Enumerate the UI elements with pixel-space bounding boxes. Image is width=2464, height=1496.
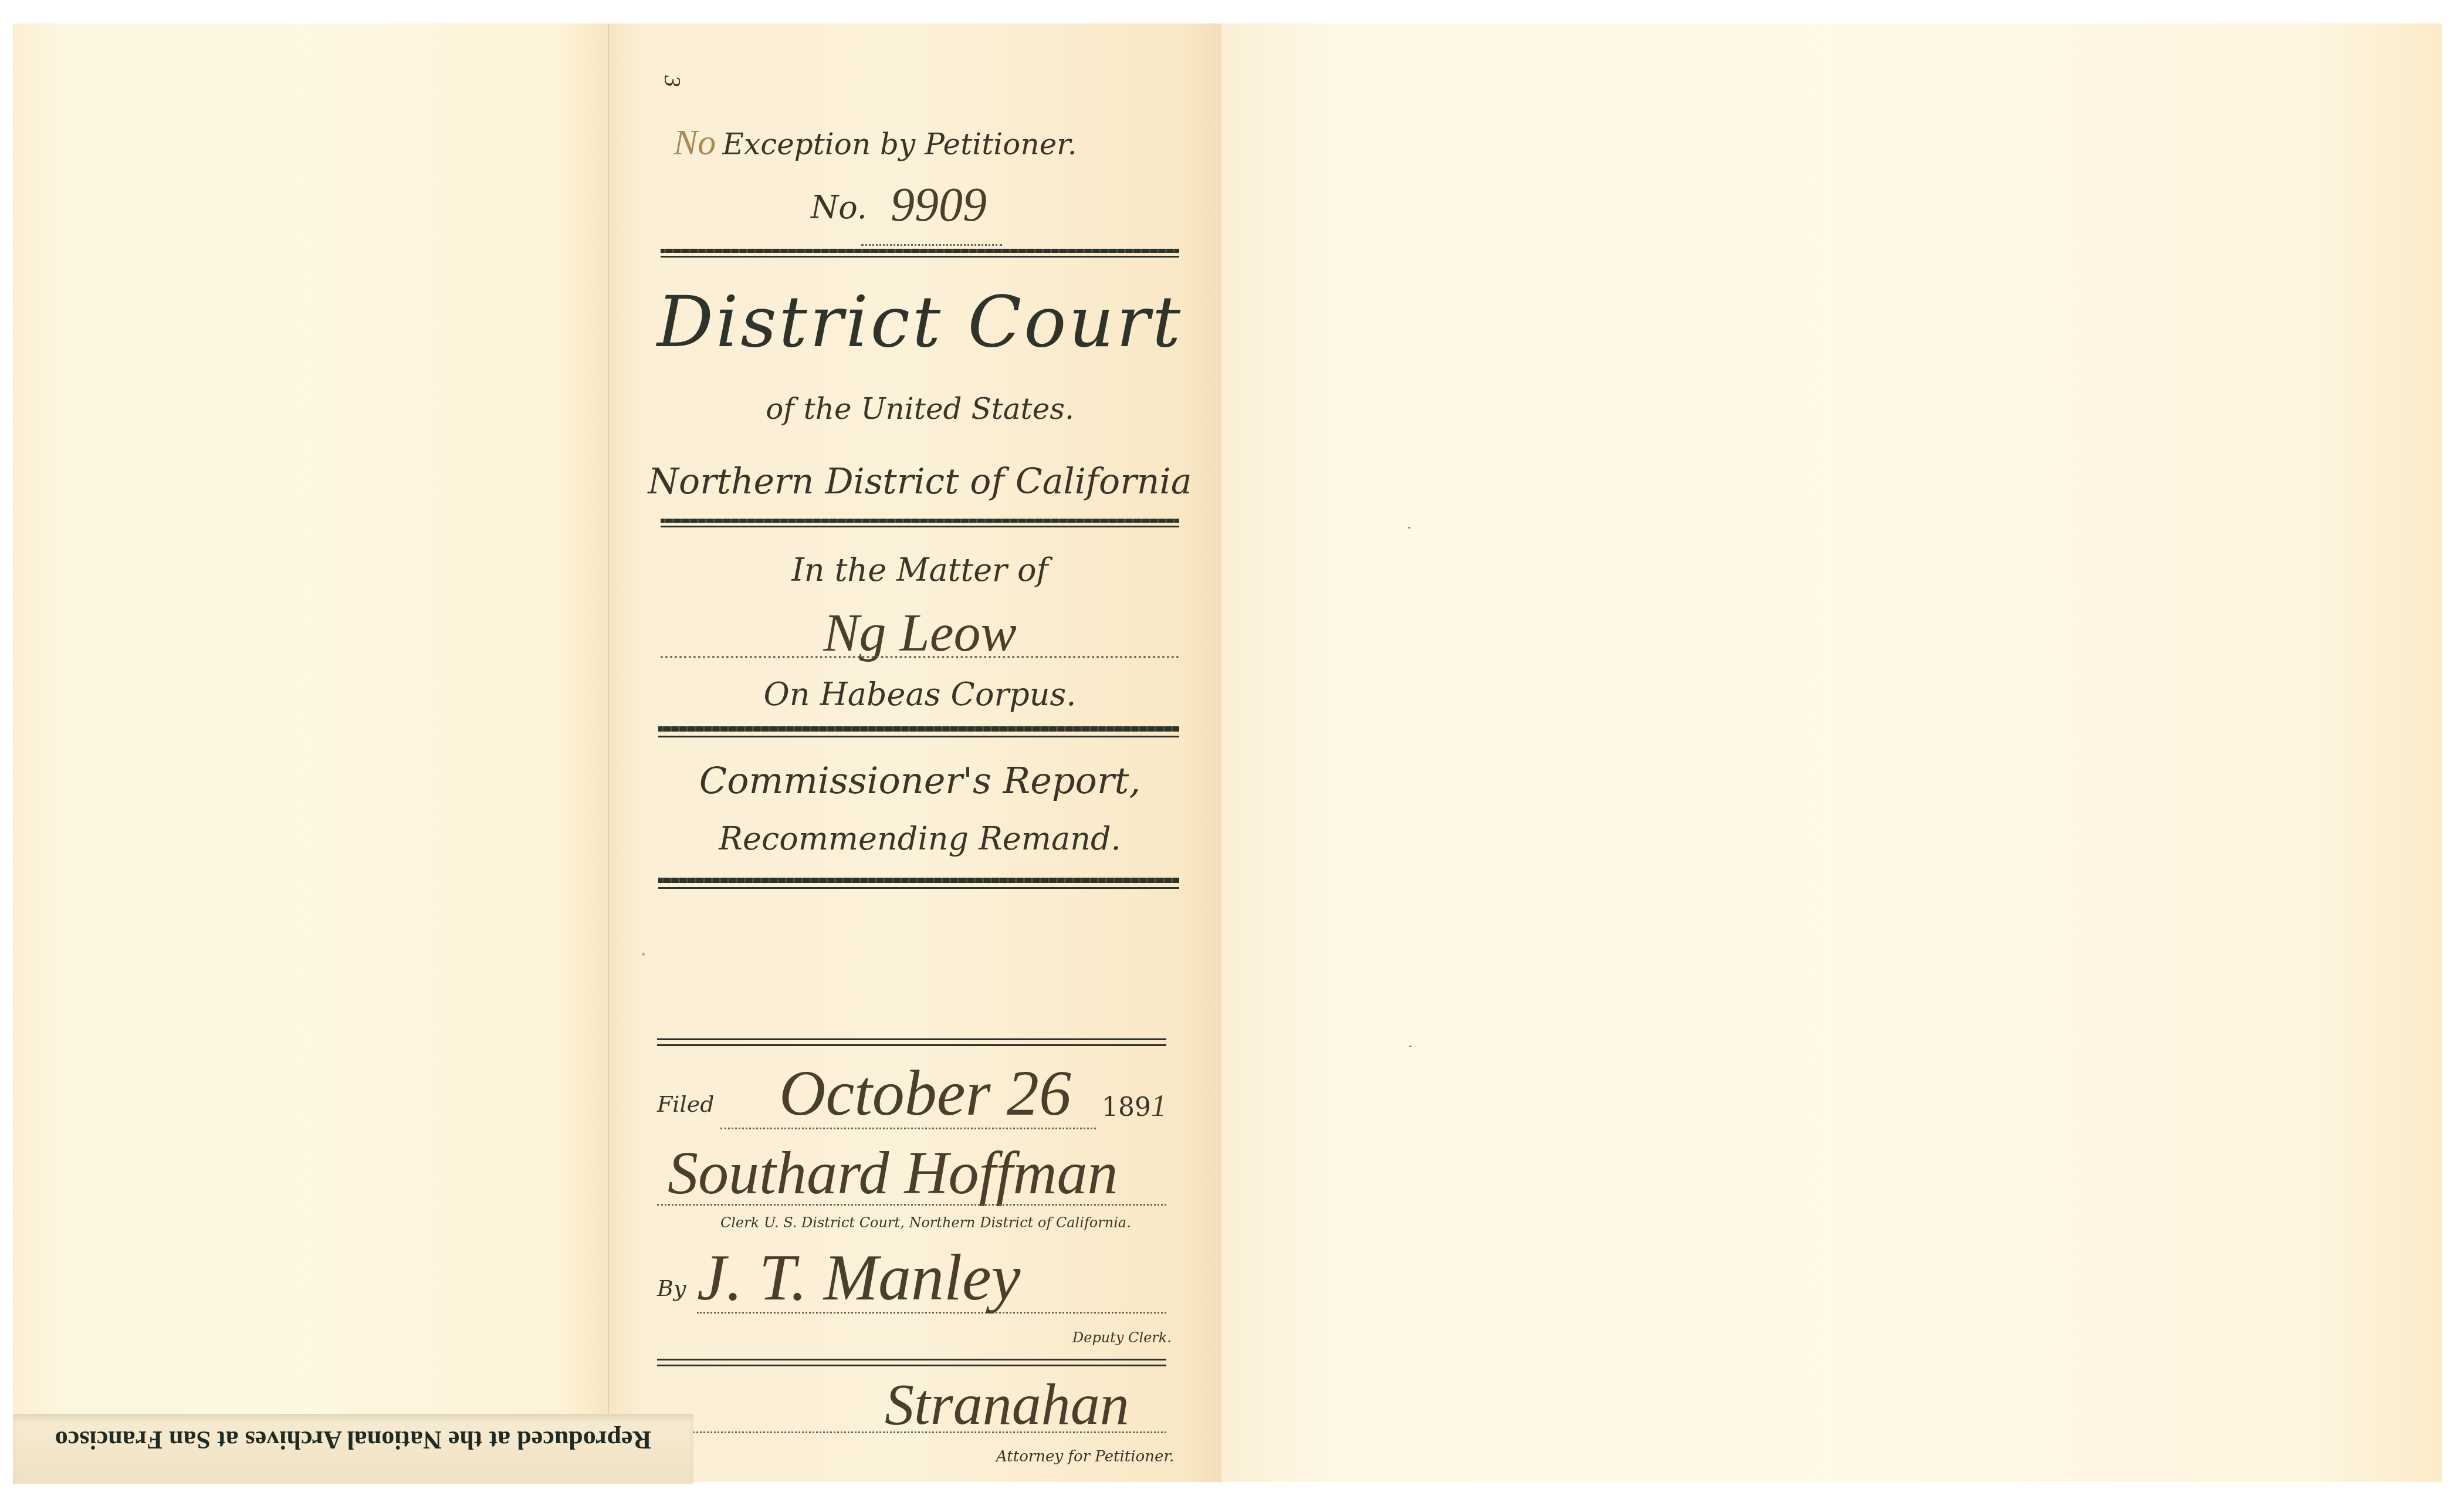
filed-date-handwritten: October 26 xyxy=(779,1056,1071,1131)
rule-thick xyxy=(658,878,1179,883)
corner-page-mark: 3 xyxy=(659,76,686,87)
rule-thin xyxy=(657,1044,1166,1046)
deputy-caption: Deputy Clerk. xyxy=(1072,1329,1172,1346)
case-number-label: No. xyxy=(811,189,867,226)
by-label: By xyxy=(657,1275,686,1301)
attorney-caption: Attorney for Petitioner. xyxy=(996,1448,1174,1465)
court-title: District Court xyxy=(644,282,1196,363)
rule-thin xyxy=(661,526,1179,527)
report-subtitle: Recommending Remand. xyxy=(644,820,1196,857)
filed-year-printed: 189 xyxy=(1102,1092,1151,1122)
rule-thick xyxy=(661,519,1179,523)
paper-speck xyxy=(1408,527,1410,529)
exception-printed-text: Exception by Petitioner. xyxy=(722,127,1077,161)
court-district: Northern District of California xyxy=(644,461,1196,502)
report-title: Commissioner's Report, xyxy=(644,759,1196,802)
paper-stain xyxy=(642,953,645,956)
archive-stamp-text: Reproduced at the National Archives at S… xyxy=(48,1425,658,1455)
case-number: No. xyxy=(811,189,867,226)
rule-thin xyxy=(658,736,1179,737)
filed-label: Filed xyxy=(657,1091,715,1117)
exception-handwritten-prefix: No xyxy=(673,123,716,163)
paper-speck xyxy=(1409,1045,1412,1047)
party-name-dotted-line xyxy=(661,656,1179,658)
rule-thick xyxy=(658,726,1179,732)
case-number-dotted-line xyxy=(861,244,1002,246)
left-blank-page xyxy=(13,23,608,1482)
matter-proceeding: On Habeas Corpus. xyxy=(644,676,1196,713)
rule-thin xyxy=(657,1359,1166,1360)
clerk-dotted-line xyxy=(657,1204,1166,1206)
filed-year-handwritten: 1 xyxy=(1151,1089,1166,1123)
rule-thin xyxy=(661,256,1179,258)
rule-thin xyxy=(657,1365,1166,1366)
rule-thin xyxy=(658,887,1179,889)
document-cover-page: 3 No Exception by Petitioner. No. 9909 D… xyxy=(608,23,1223,1482)
case-number-value: 9909 xyxy=(891,177,987,232)
exception-line: No Exception by Petitioner. xyxy=(673,122,1178,164)
archive-reproduction-stamp: Reproduced at the National Archives at S… xyxy=(13,1414,693,1484)
matter-intro: In the Matter of xyxy=(644,551,1196,588)
matter-party-name: Ng Leow xyxy=(644,601,1196,664)
filed-year: 1891 xyxy=(1102,1089,1166,1123)
attorney-signature: Stranahan xyxy=(885,1370,1129,1438)
rule-thin xyxy=(657,1038,1166,1040)
clerk-caption: Clerk U. S. District Court, Northern Dis… xyxy=(720,1214,1131,1231)
deputy-signature: J. T. Manley xyxy=(697,1240,1021,1316)
court-subtitle: of the United States. xyxy=(644,392,1196,426)
attorney-dotted-line xyxy=(657,1431,1166,1433)
right-blank-page xyxy=(1221,23,2442,1482)
rule-thick xyxy=(661,249,1179,253)
clerk-signature: Southard Hoffman xyxy=(668,1138,1118,1208)
